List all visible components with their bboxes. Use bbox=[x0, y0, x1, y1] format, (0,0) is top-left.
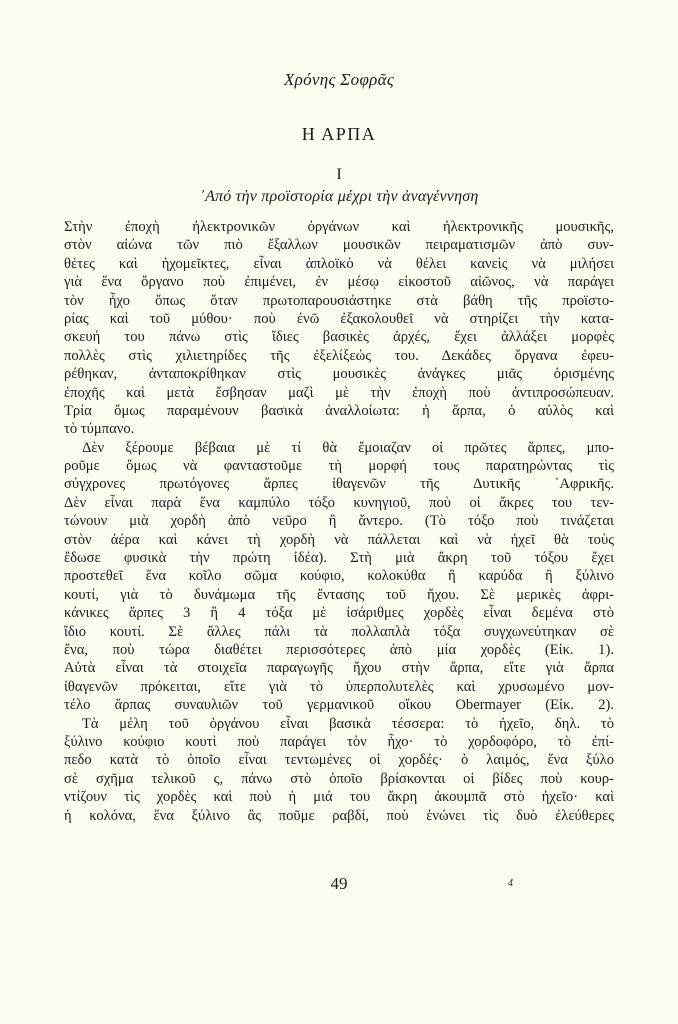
text-line: στὸν αἰώνα τῶν πιὸ ἔξαλλων μουσικῶν πειρ… bbox=[64, 236, 614, 254]
printer-signature-mark: 4 bbox=[508, 878, 513, 889]
page-number: 49 bbox=[0, 874, 678, 894]
chapter-title: ᾿Από τὴν προϊστορία μέχρι τὴν ἀναγέννηση bbox=[0, 188, 678, 206]
text-line: Τρία ὅμως παραμένουν βασικὰ ἀναλλοίωτα: … bbox=[64, 402, 614, 420]
text-line: ροῦμε ὅμως νὰ φανταστοῦμε τὴ μορφή τους … bbox=[64, 457, 614, 475]
text-line: Στὴν ἐποχὴ ἠλεκτρονικῶν ὀργάνων καὶ ἠλεκ… bbox=[64, 218, 614, 236]
text-line: σύγχρονες πρωτόγονες ἅρπες ἰθαγενῶν τῆς … bbox=[64, 475, 614, 493]
author-name: Χρόνης Σοφρᾶς bbox=[0, 70, 678, 90]
text-line: τὸν ἦχο ὅπως ὅταν πρωτοπαρουσιάστηκε στὰ… bbox=[64, 292, 614, 310]
text-line: θέτες καὶ ἠχομεῖκτες, εἶναι ἁπλοϊκὸ νὰ θ… bbox=[64, 255, 614, 273]
text-line: ἡ κολόνα, ἕνα ξύλινο ἂς ποῦμε ραβδί, ποὺ… bbox=[64, 807, 614, 825]
text-line: Δὲν εἶναι παρὰ ἕνα καμπύλο τόξο κυνηγιοῦ… bbox=[64, 494, 614, 512]
text-line: κουτί, γιὰ τὸ δυνάμωμα τῆς ἔντασης τοῦ ἤ… bbox=[64, 586, 614, 604]
text-line: ντίζουν τὶς χορδὲς καὶ ποὺ ἡ μιά του ἄκρ… bbox=[64, 788, 614, 806]
text-line: Αὐτὰ εἶναι τὰ στοιχεῖα παραγωγῆς ἤχου στ… bbox=[64, 659, 614, 677]
text-line: σκευή του πάνω στὶς ἴδιες βασικὲς ἀρχές,… bbox=[64, 328, 614, 346]
paragraph-start-line: Δὲν ξέρουμε βέβαια μὲ τί θὰ ἔμοιαζαν οἱ … bbox=[64, 439, 614, 457]
body-text: Στὴν ἐποχὴ ἠλεκτρονικῶν ὀργάνων καὶ ἠλεκ… bbox=[64, 218, 614, 825]
book-page: Χρόνης Σοφρᾶς Η ΑΡΠΑ I ᾿Από τὴν προϊστορ… bbox=[0, 0, 678, 1024]
paragraph-start-line: Τὰ μέλη τοῦ ὀργάνου εἶναι βασικὰ τέσσερα… bbox=[64, 715, 614, 733]
text-line: ἴδιο κουτί. Σὲ ἄλλες πάλι τὰ πολλαπλὰ τό… bbox=[64, 623, 614, 641]
text-line: ρίας καὶ τοῦ μύθου· ποὺ ἐνῶ ἐξακολουθεῖ … bbox=[64, 310, 614, 328]
text-line: στὸν ἀέρα καὶ κάνει τὴ χορδὴ νὰ πάλλεται… bbox=[64, 531, 614, 549]
text-line: τέλο ἅρπας συναυλιῶν τοῦ γερμανικοῦ οἴκο… bbox=[64, 696, 614, 714]
text-line: ξύλινο κούφιο κουτὶ ποὺ παράγει τὸν ἦχο·… bbox=[64, 733, 614, 751]
text-line: ἰθαγενῶν πρόκειται, εἴτε γιὰ τὸ ὑπερπολυ… bbox=[64, 678, 614, 696]
text-line: ἔδωσε φυσικὰ τὴν πρώτη ἰδέα). Στὴ μιὰ ἄκ… bbox=[64, 549, 614, 567]
chapter-number: I bbox=[0, 166, 678, 184]
text-line: κάνικες ἅρπες 3 ἢ 4 τόξα μὲ ἰσάριθμες χο… bbox=[64, 604, 614, 622]
text-line: ἕνα, ποὺ τώρα διαθέτει περισσότερες ἀπὸ … bbox=[64, 641, 614, 659]
text-line: γιὰ ἕνα ὄργανο ποὺ ἐπιμένει, ἐν μέσῳ εἰκ… bbox=[64, 273, 614, 291]
article-title: Η ΑΡΠΑ bbox=[0, 124, 678, 145]
text-line: τώνουν μιὰ χορδὴ ἀπὸ νεῦρο ἢ ἄντερο. (Τὸ… bbox=[64, 512, 614, 530]
text-line: τὸ τύμπανο. bbox=[64, 420, 614, 438]
text-line: προστεθεῖ ἕνα κοῖλο σῶμα κούφιο, κολοκύθ… bbox=[64, 567, 614, 585]
text-line: σὲ σχῆμα τελικοῦ ς, πάνω στὸ ὁποῖο βρίσκ… bbox=[64, 770, 614, 788]
text-line: ἐποχῆς καὶ μετὰ ἔσβησαν μαζὶ μὲ τὴν ἐποχ… bbox=[64, 384, 614, 402]
text-line: ρέθηκαν, ἀνταποκρίθηκαν στὶς μουσικὲς ἀν… bbox=[64, 365, 614, 383]
text-line: πεδο κατὰ τὸ ὁποῖο εἶναι τεντωμένες οἱ χ… bbox=[64, 751, 614, 769]
text-line: πολλὲς στὶς χιλιετηρίδες τῆς ἐξελίξεώς τ… bbox=[64, 347, 614, 365]
